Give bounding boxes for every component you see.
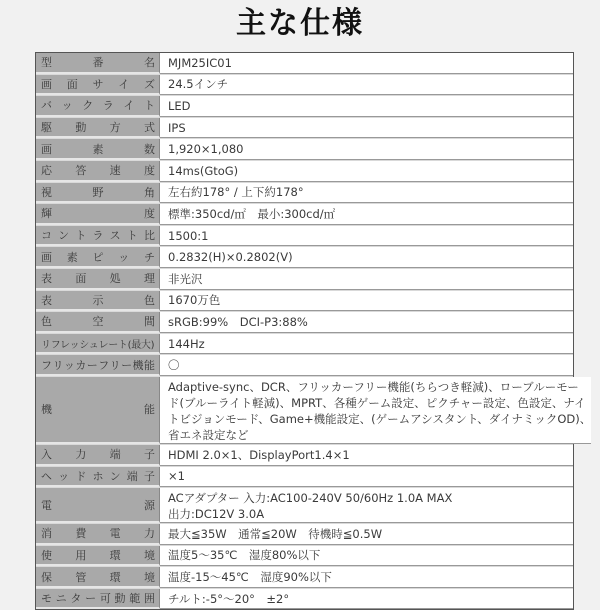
spec-label-char: カ (75, 357, 86, 373)
spec-value-line: トビジョンモード、Game+機能設定、(ゲームアシスタント、ダイナミックOD)、 (168, 411, 591, 427)
spec-label-char: ッ (58, 468, 69, 484)
spec-label-char: 能 (144, 401, 155, 417)
spec-value-line: 省エネ設定など (168, 427, 249, 443)
spec-row: 輝度標準:350cd/㎡ 最小:300cd/㎡ (36, 203, 573, 225)
spec-label-char: 色 (144, 292, 155, 308)
spec-label-char: 表 (41, 292, 52, 308)
spec-label-char: 用 (75, 547, 86, 563)
spec-value: 0.2832(H)×0.2802(V) (160, 247, 573, 268)
spec-label-char: リ (52, 357, 63, 373)
spec-label-char: 力 (144, 525, 155, 541)
spec-row: 色空間sRGB:99% DCI-P3:88% (36, 311, 573, 333)
spec-label-char: 度 (144, 162, 155, 178)
spec-row: 応答速度14ms(GtoG) (36, 160, 573, 182)
spec-label-char: 環 (110, 547, 121, 563)
spec-label-char: 方 (110, 119, 121, 135)
spec-label-char: ッ (62, 97, 73, 113)
spec-label-char: ド (75, 468, 86, 484)
spec-label-char: ー (121, 357, 132, 373)
spec-value: 最大≦35W 通常≦20W 待機時≦0.5W (160, 524, 573, 545)
spec-row: 画素ピッチ0.2832(H)×0.2802(V) (36, 246, 573, 268)
spec-label-char: 動 (115, 590, 126, 600)
spec-label-char: 示 (93, 292, 104, 308)
spec-value-line: 左右約178° / 上下約178° (168, 184, 304, 200)
spec-label-char: ヘ (41, 468, 52, 484)
spec-label: 消費電力 (36, 524, 160, 545)
spec-row: モニター可動範囲チルト:-5°〜20° ±2° (36, 588, 573, 600)
spec-label-char: 応 (41, 162, 52, 178)
spec-label-char: 端 (110, 446, 121, 462)
spec-label-char: 消 (41, 525, 52, 541)
spec-value: 非光沢 (160, 269, 573, 290)
spec-value-line: 非光沢 (168, 271, 203, 287)
spec-label-char: 比 (144, 227, 155, 243)
spec-label-char: ー (85, 590, 96, 600)
spec-value: ×1 (160, 467, 573, 488)
spec-label-char: バ (41, 97, 52, 113)
spec-label-char: ト (75, 227, 86, 243)
spec-label-char: ン (110, 468, 121, 484)
spec-value-line: 1,920×1,080 (168, 141, 243, 157)
spec-label-char: タ (70, 590, 81, 600)
spec-value-line: ACアダプター 入力:AC100-240V 50/60Hz 1.0A MAX (168, 490, 452, 506)
spec-label-char: イ (118, 76, 129, 92)
spec-value-line: IPS (168, 120, 186, 136)
spec-value: 1,920×1,080 (160, 139, 573, 160)
spec-label-char: 境 (144, 569, 155, 585)
spec-value-line: 温度5〜35℃ 湿度80%以下 (168, 547, 320, 563)
spec-label-char: 番 (93, 54, 104, 70)
spec-label: 電源 (36, 488, 160, 523)
spec-label-char: 駆 (41, 119, 52, 135)
spec-label-char: 度 (144, 205, 155, 221)
spec-row: ヘッドホン端子×1 (36, 466, 573, 488)
spec-label-char: 間 (144, 313, 155, 329)
spec-label: 応答速度 (36, 161, 160, 182)
spec-label-char: 野 (93, 184, 104, 200)
spec-label-char: 面 (67, 76, 78, 92)
spec-value-line: ×1 (168, 468, 185, 484)
spec-label-char: 費 (75, 525, 86, 541)
spec-value-line: MJM25IC01 (168, 55, 232, 71)
spec-label-char: ズ (144, 76, 155, 92)
spec-value-line: 標準:350cd/㎡ 最小:300cd/㎡ (168, 206, 335, 222)
spec-row: 画面サイズ24.5インチ (36, 74, 573, 96)
spec-label: 表面処理 (36, 269, 160, 290)
spec-label-char: 子 (144, 446, 155, 462)
spec-row: 画素数1,920×1,080 (36, 138, 573, 160)
spec-label: リフレッシュレート(最大) (36, 334, 160, 355)
spec-row: 型番名MJM25IC01 (36, 53, 573, 74)
spec-label-char: 名 (144, 54, 155, 70)
spec-label-char: 処 (110, 270, 121, 286)
spec-label-char: コ (41, 227, 52, 243)
spec-label-char: 型 (41, 54, 52, 70)
spec-value: 144Hz (160, 334, 573, 355)
spec-value: 〇 (160, 355, 573, 376)
spec-label-char: モ (41, 590, 52, 600)
spec-row: 電源ACアダプター 入力:AC100-240V 50/60Hz 1.0A MAX… (36, 487, 573, 523)
spec-row: 表面処理非光沢 (36, 268, 573, 290)
spec-value: 温度5〜35℃ 湿度80%以下 (160, 546, 573, 567)
spec-value: MJM25IC01 (160, 53, 573, 74)
spec-value: IPS (160, 118, 573, 139)
spec-row: 機能Adaptive-sync、DCR、フリッカーフリー機能(ちらつき軽減)、ロ… (36, 376, 573, 444)
spec-label: 画面サイズ (36, 75, 160, 96)
spec-value-line: 14ms(GtoG) (168, 163, 238, 179)
spec-label-char: 輝 (41, 205, 52, 221)
spec-label-char: 入 (41, 446, 52, 462)
spec-value: 1500:1 (160, 226, 573, 247)
spec-label-char: ト (127, 227, 138, 243)
spec-row: 視野角左右約178° / 上下約178° (36, 182, 573, 204)
spec-label-char: イ (123, 97, 134, 113)
spec-label-char: ッ (118, 249, 129, 265)
spec-label-char: 機 (41, 401, 52, 417)
spec-label-char: ン (58, 227, 69, 243)
spec-row: フリッカーフリー機能〇 (36, 354, 573, 376)
spec-label-char: 力 (75, 446, 86, 462)
spec-value: チルト:-5°〜20° ±2° (160, 589, 573, 600)
spec-label-char: ッ (64, 357, 75, 373)
spec-label-char: ピ (93, 249, 104, 265)
spec-label-char: 電 (110, 525, 121, 541)
spec-label-char: 数 (144, 141, 155, 157)
spec-label-char: 電 (41, 497, 52, 513)
spec-value-line: 1500:1 (168, 228, 208, 244)
spec-label-char: リ (110, 357, 121, 373)
page-title: 主な仕様 (0, 6, 600, 42)
spec-label: 機能 (36, 377, 160, 444)
spec-label: 型番名 (36, 53, 160, 74)
spec-label-char: 境 (144, 547, 155, 563)
spec-label-char: 式 (144, 119, 155, 135)
spec-label: フリッカーフリー機能 (36, 355, 160, 376)
spec-row: 入力端子HDMI 2.0×1、DisplayPort1.4×1 (36, 444, 573, 466)
spec-row: 使用環境温度5〜35℃ 湿度80%以下 (36, 545, 573, 567)
spec-row: 駆動方式IPS (36, 117, 573, 139)
spec-value-line: 0.2832(H)×0.2802(V) (168, 249, 293, 265)
spec-value-line: ド(ブルーライト軽減)、MPRT、各種ゲーム設定、ピクチャー設定、色設定、ナイ (168, 395, 586, 411)
spec-label-char: ク (82, 97, 93, 113)
spec-label: 使用環境 (36, 546, 160, 567)
spec-label-char: 面 (75, 270, 86, 286)
spec-label-char: ラ (103, 97, 114, 113)
spec-label-char: 色 (41, 313, 52, 329)
spec-row: バックライトLED (36, 95, 573, 117)
spec-label-char: 画 (41, 141, 52, 157)
spec-label: 表示色 (36, 291, 160, 312)
spec-value-line: 最大≦35W 通常≦20W 待機時≦0.5W (168, 526, 382, 542)
spec-label-char: チ (144, 249, 155, 265)
spec-value: 温度-15〜45℃ 湿度90%以下 (160, 567, 573, 588)
spec-label-char: 囲 (144, 590, 155, 600)
spec-label: コントラスト比 (36, 226, 160, 247)
spec-value-line: 温度-15〜45℃ 湿度90%以下 (168, 569, 332, 585)
spec-label: 入力端子 (36, 445, 160, 466)
spec-label-char: ス (110, 227, 121, 243)
spec-value: 標準:350cd/㎡ 最小:300cd/㎡ (160, 204, 573, 225)
spec-table: 型番名MJM25IC01画面サイズ24.5インチバックライトLED駆動方式IPS… (35, 52, 574, 600)
spec-row: リフレッシュレート(最大)144Hz (36, 333, 573, 355)
spec-value-line: 1670万色 (168, 292, 220, 308)
spec-label-char: 使 (41, 547, 52, 563)
spec-value-line: 出力:DC12V 3.0A (168, 506, 264, 522)
spec-label: 画素数 (36, 139, 160, 160)
spec-label-char: 管 (75, 569, 86, 585)
spec-value-line: チルト:-5°〜20° ±2° (168, 591, 289, 600)
spec-label: モニター可動範囲 (36, 589, 160, 600)
spec-label-char: 可 (100, 590, 111, 600)
spec-label-char: ー (87, 357, 98, 373)
spec-value: LED (160, 96, 573, 117)
spec-label-char: フ (41, 357, 52, 373)
spec-value: 14ms(GtoG) (160, 161, 573, 182)
spec-label-char: 角 (144, 184, 155, 200)
spec-value-line: 144Hz (168, 336, 205, 352)
spec-value: ACアダプター 入力:AC100-240V 50/60Hz 1.0A MAX出力… (160, 488, 573, 523)
spec-label-char: 源 (144, 497, 155, 513)
spec-label-char: 理 (144, 270, 155, 286)
spec-label-char: ト (144, 97, 155, 113)
spec-value-line: HDMI 2.0×1、DisplayPort1.4×1 (168, 447, 350, 463)
spec-label: 輝度 (36, 204, 160, 225)
spec-value: 24.5インチ (160, 75, 573, 96)
spec-value: sRGB:99% DCI-P3:88% (160, 312, 573, 333)
spec-value-line: LED (168, 98, 191, 114)
spec-label-char: 機 (133, 357, 144, 373)
spec-label-char: フ (98, 357, 109, 373)
spec-value: 1670万色 (160, 291, 573, 312)
spec-value: HDMI 2.0×1、DisplayPort1.4×1 (160, 445, 573, 466)
spec-label-char: 素 (93, 141, 104, 157)
spec-row: 保管環境温度-15〜45℃ 湿度90%以下 (36, 566, 573, 588)
spec-label-char: 速 (110, 162, 121, 178)
spec-label: 画素ピッチ (36, 247, 160, 268)
spec-label-char: 動 (75, 119, 86, 135)
spec-value-line: 24.5インチ (168, 76, 228, 92)
spec-label: バックライト (36, 96, 160, 117)
spec-label-char: 端 (127, 468, 138, 484)
spec-label-char: 保 (41, 569, 52, 585)
spec-label-char: 素 (67, 249, 78, 265)
spec-label-char: 画 (41, 249, 52, 265)
spec-label: 視野角 (36, 183, 160, 204)
spec-label-char: サ (93, 76, 104, 92)
spec-label: 色空間 (36, 312, 160, 333)
spec-label-char: 能 (144, 357, 155, 373)
spec-label: 保管環境 (36, 567, 160, 588)
spec-label-char: 子 (144, 468, 155, 484)
spec-label-text: リフレッシュレート(最大) (41, 336, 154, 351)
spec-value-line: Adaptive-sync、DCR、フリッカーフリー機能(ちらつき軽減)、ローブ… (168, 379, 579, 395)
spec-value: Adaptive-sync、DCR、フリッカーフリー機能(ちらつき軽減)、ローブ… (160, 377, 591, 444)
spec-row: 消費電力最大≦35W 通常≦20W 待機時≦0.5W (36, 523, 573, 545)
spec-label-char: 空 (93, 313, 104, 329)
spec-label-char: 視 (41, 184, 52, 200)
spec-value-line: sRGB:99% DCI-P3:88% (168, 314, 308, 330)
spec-label: 駆動方式 (36, 118, 160, 139)
spec-label-char: 環 (110, 569, 121, 585)
spec-label-char: ニ (56, 590, 67, 600)
spec-value-line: 〇 (168, 357, 180, 373)
spec-label-char: 範 (129, 590, 140, 600)
spec-label-char: 答 (75, 162, 86, 178)
spec-label-char: ホ (92, 468, 103, 484)
spec-row: コントラスト比1500:1 (36, 225, 573, 247)
spec-row: 表示色1670万色 (36, 290, 573, 312)
spec-value: 左右約178° / 上下約178° (160, 183, 573, 204)
spec-label-char: 表 (41, 270, 52, 286)
spec-label-char: 画 (41, 76, 52, 92)
spec-label: ヘッドホン端子 (36, 467, 160, 488)
spec-label-char: ラ (92, 227, 103, 243)
